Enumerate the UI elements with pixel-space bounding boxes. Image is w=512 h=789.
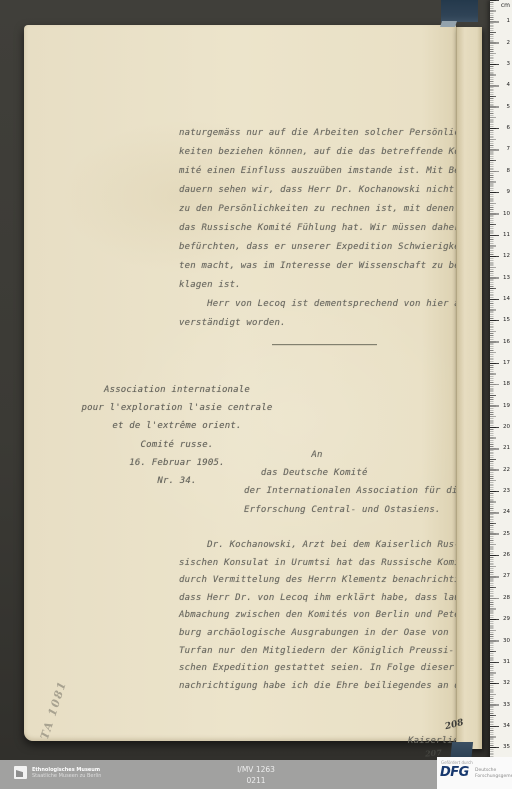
letter-page: naturgemäss nur auf die Arbeiten solcher… — [24, 25, 456, 741]
museum-text: Ethnologisches Museum Staatliche Museen … — [32, 767, 101, 779]
ruler-number: 21 — [503, 445, 510, 451]
ruler: cm 1234567891011121314151617181920212223… — [490, 0, 512, 760]
museum-credit: Ethnologisches Museum Staatliche Museen … — [14, 766, 101, 779]
ruler-number: 12 — [503, 253, 510, 259]
ruler-number: 10 — [503, 211, 510, 217]
ruler-number: 29 — [503, 616, 510, 622]
archive-reference: I/MV 1263 0211 — [237, 764, 275, 786]
ruler-number: 24 — [503, 509, 510, 515]
ruler-number: 13 — [503, 275, 510, 281]
ruler-number: 25 — [503, 531, 510, 537]
museum-logo-icon — [14, 766, 27, 779]
ruler-number: 23 — [503, 488, 510, 494]
ruler-number: 26 — [503, 552, 510, 558]
ruler-number: 4 — [507, 82, 511, 88]
footer-bar: Ethnologisches Museum Staatliche Museen … — [0, 760, 512, 789]
ruler-number: 11 — [503, 232, 510, 238]
ruler-number: 18 — [503, 381, 510, 387]
opening-paragraph: naturgemäss nur auf die Arbeiten solcher… — [179, 124, 471, 295]
museum-name: Ethnologisches Museum — [32, 767, 101, 773]
ruler-number: 1 — [507, 18, 511, 24]
ruler-number: 19 — [503, 403, 510, 409]
ruler-number: 5 — [507, 104, 511, 110]
ruler-number: 15 — [503, 317, 510, 323]
ruler-unit-label: cm — [501, 2, 510, 9]
ruler-number: 3 — [507, 61, 511, 67]
ruler-number: 16 — [503, 339, 510, 345]
ruler-number: 31 — [503, 659, 510, 665]
ruler-number: 35 — [503, 744, 510, 750]
ruler-number: 8 — [507, 168, 511, 174]
dfg-full-name: Deutsche Forschungsgemeinschaft — [475, 768, 512, 779]
body-paragraph: Dr. Kochanowski, Arzt bei dem Kaiserlich… — [179, 537, 477, 695]
dfg-logo-text: DFG — [440, 765, 469, 780]
recipient-address: An das Deutsche Komité der International… — [244, 446, 463, 519]
ruler-number: 28 — [503, 595, 510, 601]
ruler-number: 34 — [503, 723, 510, 729]
closing-paragraph: Herr von Lecoq ist dementsprechend von h… — [179, 295, 471, 333]
ruler-number: 32 — [503, 680, 510, 686]
pencil-inventory-note: TA 1081 — [38, 679, 69, 741]
ruler-number: 9 — [507, 189, 511, 195]
ruler-number: 30 — [503, 638, 510, 644]
archive-signature: I/MV 1263 — [237, 764, 275, 775]
ruler-number: 27 — [503, 573, 510, 579]
ruler-number: 14 — [503, 296, 510, 302]
museum-parent-name: Staatliche Museen zu Berlin — [32, 773, 101, 779]
ruler-number: 2 — [507, 40, 511, 46]
ruler-number: 33 — [503, 702, 510, 708]
ruler-number: 17 — [503, 360, 510, 366]
scanned-letter-view: naturgemäss nur auf die Arbeiten solcher… — [0, 0, 512, 789]
dfg-name-line2: Forschungsgemeinschaft — [475, 774, 512, 780]
next-page-edge: 208 — [456, 27, 482, 749]
section-divider-line — [272, 344, 377, 345]
ruler-number: 22 — [503, 467, 510, 473]
ruler-number: 20 — [503, 424, 510, 430]
ruler-number: 6 — [507, 125, 511, 131]
dfg-funding-logo: Gefördert durch DFG Deutsche Forschungsg… — [437, 757, 512, 789]
ruler-number: 7 — [507, 146, 511, 152]
scan-sequence-number: 0211 — [237, 775, 275, 786]
book-binding-top — [441, 0, 478, 22]
